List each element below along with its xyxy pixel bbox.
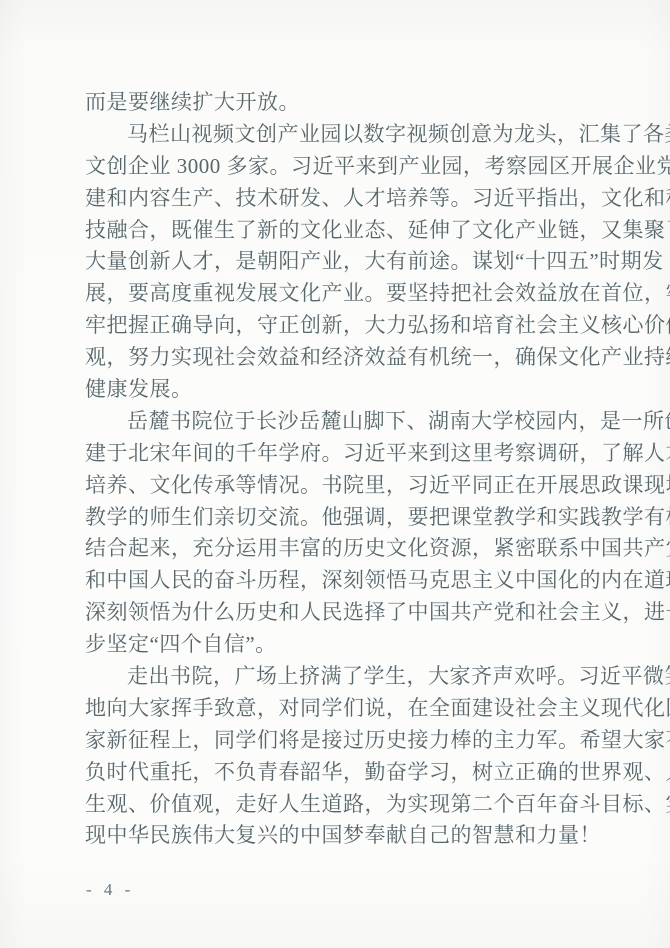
text-line: 而是要继续扩大开放。 (85, 87, 612, 119)
text-line: 走出书院，广场上挤满了学生，大家齐声欢呼。习近平微笑 (85, 661, 612, 693)
text-line: 教学的师生们亲切交流。他强调，要把课堂教学和实践教学有机 (85, 502, 612, 534)
text-line: 牢把握正确导向，守正创新，大力弘扬和培育社会主义核心价值 (85, 310, 612, 342)
document-page: 而是要继续扩大开放。 马栏山视频文创产业园以数字视频创意为龙头，汇集了各类 文创… (0, 0, 670, 948)
text-line: 马栏山视频文创产业园以数字视频创意为龙头，汇集了各类 (85, 119, 612, 151)
text-line: 文创企业 3000 多家。习近平来到产业园，考察园区开展企业党 (85, 151, 612, 183)
text-line: 和中国人民的奋斗历程，深刻领悟马克思主义中国化的内在道理， (85, 565, 612, 597)
text-line: 观，努力实现社会效益和经济效益有机统一，确保文化产业持续 (85, 342, 612, 374)
text-line: 生观、价值观，走好人生道路，为实现第二个百年奋斗目标、实 (85, 789, 612, 821)
body-text: 而是要继续扩大开放。 马栏山视频文创产业园以数字视频创意为龙头，汇集了各类 文创… (85, 87, 612, 852)
text-line: 技融合，既催生了新的文化业态、延伸了文化产业链，又集聚了 (85, 215, 612, 247)
text-line: 建于北宋年间的千年学府。习近平来到这里考察调研，了解人才 (85, 438, 612, 470)
text-line: 健康发展。 (85, 374, 612, 406)
text-line: 大量创新人才，是朝阳产业，大有前途。谋划“十四五”时期发 (85, 246, 612, 278)
text-line: 岳麓书院位于长沙岳麓山脚下、湖南大学校园内，是一所创 (85, 406, 612, 438)
text-line: 建和内容生产、技术研发、人才培养等。习近平指出，文化和科 (85, 183, 612, 215)
text-line: 现中华民族伟大复兴的中国梦奉献自己的智慧和力量！ (85, 820, 612, 852)
text-line: 培养、文化传承等情况。书院里，习近平同正在开展思政课现场 (85, 470, 612, 502)
text-line: 负时代重托，不负青春韶华，勤奋学习，树立正确的世界观、人 (85, 757, 612, 789)
text-line: 结合起来，充分运用丰富的历史文化资源，紧密联系中国共产党 (85, 533, 612, 565)
text-line: 深刻领悟为什么历史和人民选择了中国共产党和社会主义，进一 (85, 597, 612, 629)
page-number: - 4 - (86, 880, 134, 900)
text-line: 步坚定“四个自信”。 (85, 629, 612, 661)
text-line: 家新征程上，同学们将是接过历史接力棒的主力军。希望大家不 (85, 725, 612, 757)
text-line: 地向大家挥手致意，对同学们说，在全面建设社会主义现代化国 (85, 693, 612, 725)
text-line: 展，要高度重视发展文化产业。要坚持把社会效益放在首位，牢 (85, 278, 612, 310)
